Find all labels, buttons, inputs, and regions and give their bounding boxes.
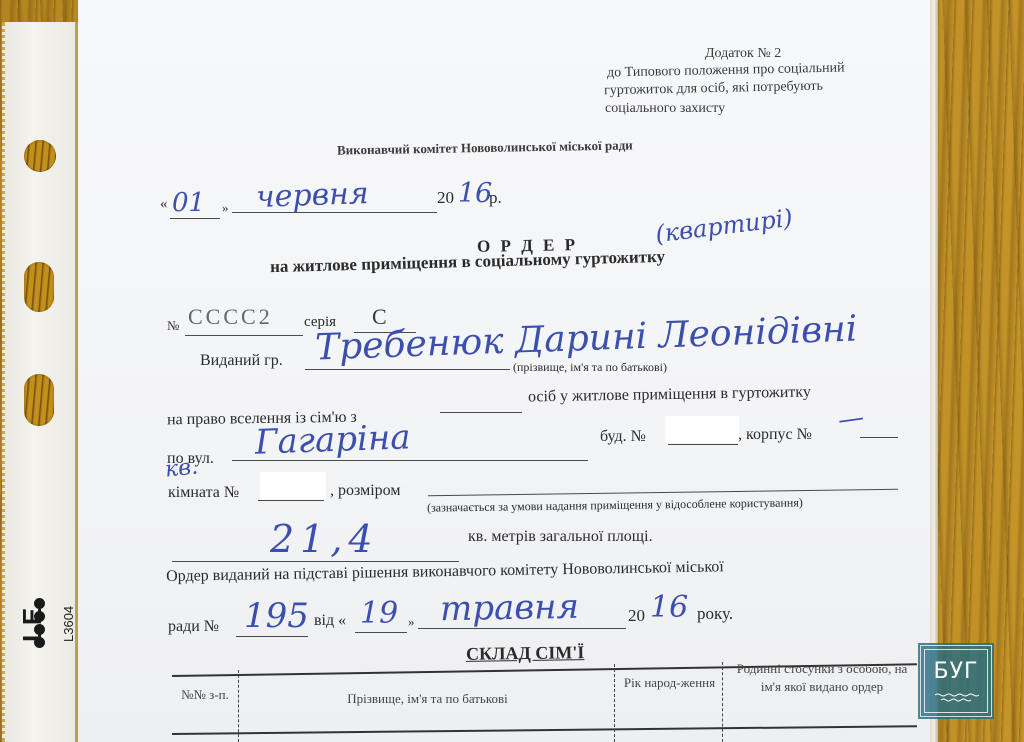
binder-code: L3604 (61, 606, 76, 642)
appendix-line: соціального захисту (605, 100, 725, 118)
room-line (258, 500, 324, 501)
street-value: Гагаріна (254, 417, 411, 462)
corpus-label: , корпус № (738, 426, 812, 444)
table-header-relation: Родинні стосунки з особою, на ім'я якої … (732, 660, 912, 696)
binder-logo: LE L3604 (17, 572, 77, 692)
waves-icon (935, 692, 979, 702)
room-label: кімната № (168, 484, 239, 502)
table-col-divider (614, 664, 615, 742)
table-header-number: №№ з-п. (176, 686, 234, 704)
table-col-divider (238, 670, 239, 742)
date-year: 16 (458, 178, 492, 209)
building-line (668, 444, 738, 445)
table-header-name: Прізвище, ім'я та по батькові (245, 690, 610, 708)
date-day-line (170, 218, 220, 219)
area-value: 21,4 (270, 517, 379, 561)
decision-year: 16 (650, 590, 688, 625)
building-number-redacted (665, 416, 739, 443)
issued-to-hint: (прізвище, ім'я та по батькові) (513, 360, 667, 375)
punch-hole (24, 374, 54, 426)
basis-prefix: ради № (168, 618, 219, 636)
date-close-quote: » (222, 200, 229, 216)
decision-year-suffix: року. (697, 604, 733, 624)
room-prefix-handwritten: кв. (164, 454, 199, 482)
decision-close-quote: » (408, 614, 415, 630)
date-day: 01 (172, 188, 205, 218)
order-number: CCCC2 (188, 304, 273, 330)
number-label: № (167, 318, 179, 334)
decision-day: 19 (360, 596, 398, 631)
decision-month: травня (440, 587, 580, 629)
room-size-label: , розміром (330, 482, 400, 500)
date-year-prefix: 20 (437, 188, 454, 208)
binder-sleeve: LE L3604 (2, 22, 80, 742)
corpus-line (860, 437, 898, 438)
family-count-line (440, 412, 522, 413)
sleeve-edge (930, 0, 938, 742)
decision-number: 195 (244, 596, 309, 636)
decision-from-label: від « (314, 612, 346, 630)
issued-to-line (305, 369, 510, 370)
area-suffix: кв. метрів загальної площі. (468, 528, 653, 546)
table-col-divider (722, 662, 723, 742)
decision-year-prefix: 20 (628, 606, 645, 626)
room-number-redacted (260, 472, 326, 500)
date-month: червня (255, 176, 369, 215)
building-label: буд. № (600, 428, 646, 446)
issued-to-label: Виданий гр. (200, 352, 283, 370)
logo-text: БУГ (921, 659, 991, 684)
decision-day-line (355, 632, 407, 633)
punch-hole (24, 262, 54, 312)
punch-hole (24, 140, 56, 172)
decision-number-line (236, 636, 308, 637)
date-open-quote: « (160, 196, 168, 213)
binder-brand: LE (17, 607, 48, 642)
date-year-suffix: р. (489, 188, 502, 208)
area-line (172, 561, 459, 562)
table-header-birth-year: Рік народ-ження (622, 674, 717, 692)
corpus-value: — (836, 402, 866, 435)
family-table-title: СКЛАД СІМ'Ї (466, 642, 585, 665)
number-line (185, 335, 303, 336)
bug-watermark-logo: БУГ (920, 645, 992, 717)
